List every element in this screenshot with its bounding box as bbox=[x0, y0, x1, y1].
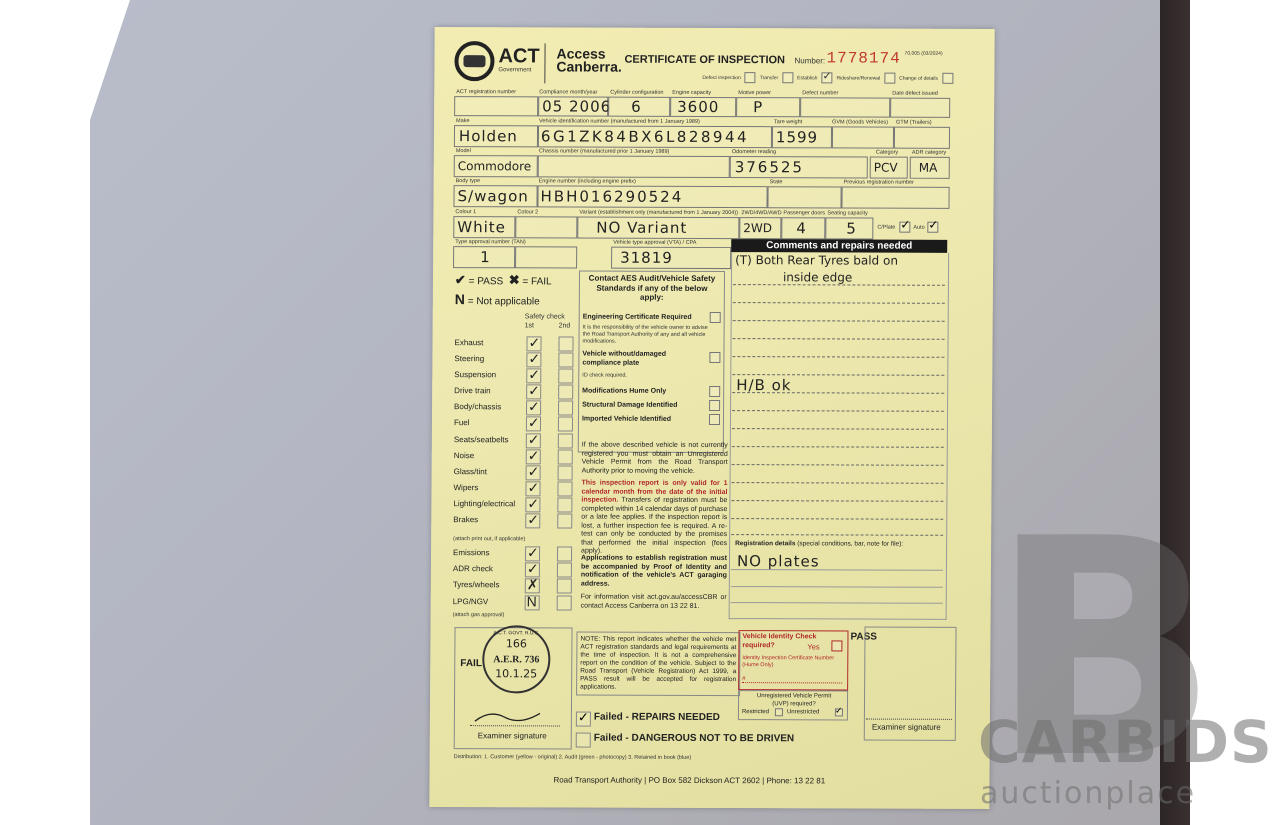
make-label: Make bbox=[456, 118, 469, 124]
act-logo: ACT bbox=[498, 45, 539, 68]
check-row-brakes: Brakes bbox=[453, 515, 478, 524]
registration-details-value: NO plates bbox=[737, 552, 820, 570]
gvm-field[interactable] bbox=[832, 126, 894, 148]
first-check-box[interactable]: ✓ bbox=[525, 562, 540, 577]
state-label: State bbox=[770, 179, 783, 185]
second-check-box[interactable] bbox=[558, 384, 573, 399]
distribution-note: Distribution: 1. Customer (yellow - orig… bbox=[454, 754, 692, 761]
imported-vehicle-checkbox[interactable] bbox=[709, 414, 720, 425]
modifications-hume-label: Modifications Hume Only bbox=[582, 388, 666, 395]
chassis-field[interactable] bbox=[538, 155, 730, 178]
auto-label: Auto bbox=[913, 225, 924, 231]
vin-label: Vehicle identification number (manufactu… bbox=[539, 118, 700, 125]
check-result-icon: ✓ bbox=[527, 513, 539, 526]
compliance-label: Compliance month/year bbox=[539, 89, 597, 95]
uvp-unrestricted-checkbox[interactable]: ✓ bbox=[835, 708, 843, 716]
examiner-signature-line[interactable] bbox=[470, 713, 560, 726]
category-label: Category bbox=[876, 150, 898, 156]
logo-divider bbox=[544, 43, 545, 83]
rideshare-renewal-checkbox[interactable] bbox=[884, 73, 895, 84]
vehicle-identity-yes-checkbox[interactable] bbox=[831, 640, 842, 651]
registration-details-label: Registration details (special conditions… bbox=[735, 540, 903, 548]
second-check-box[interactable] bbox=[558, 416, 573, 431]
first-check-box[interactable]: ✓ bbox=[526, 368, 541, 383]
first-check-box[interactable]: ✓ bbox=[526, 336, 541, 351]
check-row-adr-check: ADR check bbox=[453, 564, 493, 573]
establish-info: Applications to establish registration m… bbox=[581, 555, 727, 590]
model-label: Model bbox=[456, 148, 471, 154]
certificate-number: 1778174 bbox=[826, 49, 900, 67]
first-check-heading: 1st bbox=[525, 322, 534, 329]
check-result-icon: ✓ bbox=[527, 481, 539, 494]
aes-heading: Contact AES Audit/Vehicle Safety Standar… bbox=[580, 272, 724, 305]
auto-checkbox[interactable]: ✓ bbox=[927, 222, 938, 233]
check-row-emissions: Emissions bbox=[453, 548, 490, 557]
first-check-box[interactable]: ✓ bbox=[525, 497, 540, 512]
transfer-checkbox[interactable] bbox=[782, 72, 793, 83]
first-check-box[interactable]: ✓ bbox=[526, 400, 541, 415]
first-check-box[interactable]: ✓ bbox=[526, 465, 541, 480]
form-code: 70,005 (03/2024) bbox=[905, 51, 943, 57]
uvp-box: Unregistered Vehicle Permit (UVP) requir… bbox=[738, 690, 848, 720]
compliance-plate-checkbox[interactable] bbox=[709, 352, 720, 363]
fail-cross-icon: ✖ bbox=[509, 272, 520, 287]
second-check-box[interactable] bbox=[557, 513, 572, 528]
defect-number-field[interactable] bbox=[800, 97, 890, 117]
check-result-icon: ✓ bbox=[527, 546, 539, 559]
colour1-field[interactable]: White bbox=[453, 216, 515, 238]
second-check-box[interactable] bbox=[558, 352, 573, 367]
id-check-note: ID check required. bbox=[582, 373, 627, 379]
tare-label: Tare weight bbox=[774, 119, 802, 125]
second-check-box[interactable] bbox=[557, 595, 572, 610]
make-field[interactable]: Holden bbox=[454, 125, 538, 147]
tan-field-2[interactable] bbox=[515, 246, 577, 268]
gvm-label: GVM (Goods Vehicles) bbox=[832, 119, 888, 125]
model-field[interactable]: Commodore bbox=[454, 155, 538, 177]
comments-heading: Comments and repairs needed bbox=[731, 239, 947, 253]
tan-label: Type approval number (TAN) bbox=[455, 239, 526, 245]
lpg-note: (attach gas approval) bbox=[453, 612, 505, 618]
motive-power-field[interactable]: P bbox=[736, 97, 800, 117]
check-row-lighting-electrical: Lighting/electrical bbox=[453, 499, 515, 508]
first-check-box[interactable]: ✓ bbox=[526, 433, 541, 448]
second-check-box[interactable] bbox=[558, 449, 573, 464]
uvp-restricted-checkbox[interactable] bbox=[775, 708, 783, 716]
check-result-icon: ✓ bbox=[528, 384, 540, 397]
cplate-label: C/Plate bbox=[877, 225, 895, 231]
engine-capacity-field[interactable]: 3600 bbox=[670, 97, 736, 117]
first-check-box[interactable]: ✓ bbox=[525, 546, 540, 561]
seating-label: Seating capacity bbox=[827, 210, 867, 216]
cylinder-field[interactable]: 6 bbox=[608, 97, 670, 117]
fail-vertical-label: FAIL bbox=[460, 657, 470, 670]
engineering-certificate-label: Engineering Certificate Required bbox=[583, 314, 692, 321]
engineering-certificate-checkbox[interactable] bbox=[710, 312, 721, 323]
check-result-icon: ✓ bbox=[528, 449, 540, 462]
second-check-box[interactable] bbox=[558, 336, 573, 351]
second-check-box[interactable] bbox=[558, 465, 573, 480]
registration-label: ACT registration number bbox=[456, 89, 516, 95]
check-row-fuel: Fuel bbox=[454, 418, 470, 427]
engine-number-field[interactable]: HBH016290524 bbox=[537, 185, 767, 208]
colour2-label: Colour 2 bbox=[517, 209, 538, 215]
check-row-suspension: Suspension bbox=[454, 370, 496, 379]
na-legend: N = Not applicable bbox=[455, 291, 540, 307]
compliance-plate-label: Vehicle without/damaged compliance plate bbox=[582, 350, 702, 368]
second-check-box[interactable] bbox=[558, 368, 573, 383]
chassis-label: Chassis number (manufactured prior 1 Jan… bbox=[539, 148, 670, 154]
check-result-icon: ✗ bbox=[527, 578, 539, 591]
check-row-noise: Noise bbox=[454, 451, 475, 460]
check-result-icon: ✓ bbox=[528, 433, 540, 446]
number-label: Number: bbox=[794, 56, 825, 65]
second-check-box[interactable] bbox=[557, 578, 572, 593]
pass-vertical-label: PASS bbox=[850, 630, 860, 644]
defect-number-label: Defect number bbox=[802, 90, 838, 96]
pass-check-icon: ✔ bbox=[455, 272, 466, 287]
second-check-box[interactable] bbox=[557, 497, 572, 512]
check-result-icon: ✓ bbox=[528, 336, 540, 349]
note-text: NOTE: This report indicates whether the … bbox=[576, 632, 740, 697]
check-result-icon: ✓ bbox=[527, 562, 539, 575]
access-canberra-logo: Access Canberra. bbox=[556, 47, 622, 73]
colour2-field[interactable] bbox=[515, 216, 577, 238]
second-check-box[interactable] bbox=[557, 562, 572, 577]
aes-contact-box: Contact AES Audit/Vehicle Safety Standar… bbox=[578, 271, 725, 454]
doors-label: Passenger doors bbox=[783, 210, 825, 216]
check-row-drive-train: Drive train bbox=[454, 386, 491, 395]
first-check-box[interactable]: ✓ bbox=[525, 481, 540, 496]
check-result-icon: ✓ bbox=[527, 497, 539, 510]
odometer-label: Odometer reading bbox=[732, 149, 776, 155]
second-check-heading: 2nd bbox=[559, 322, 571, 329]
vta-label: Vehicle type approval (VTA) / CPA bbox=[613, 240, 696, 246]
act-government: Government bbox=[498, 67, 531, 73]
previous-registration-field[interactable] bbox=[841, 186, 949, 208]
odometer-field[interactable]: 376525 bbox=[730, 156, 868, 178]
date-defect-label: Date defect issued bbox=[892, 91, 938, 97]
establish-checkbox[interactable]: ✓ bbox=[821, 72, 832, 83]
variant-label: Variant (establishment only (manufacture… bbox=[579, 210, 738, 217]
inspection-certificate: ACT Government Access Canberra. CERTIFIC… bbox=[429, 27, 994, 809]
category-field[interactable]: PCV bbox=[870, 157, 908, 179]
engine-capacity-label: Engine capacity bbox=[672, 90, 711, 96]
tan-field[interactable]: 1 bbox=[453, 246, 515, 268]
check-result-icon: ✓ bbox=[528, 368, 540, 381]
failed-dangerous-checkbox[interactable] bbox=[576, 733, 591, 748]
vehicle-identity-check-box: Vehicle Identity Check required? Yes Ide… bbox=[738, 630, 848, 690]
check-row-body-chassis: Body/chassis bbox=[454, 402, 501, 411]
unregistered-info: If the above described vehicle is not cu… bbox=[582, 442, 728, 477]
first-check-box[interactable]: N bbox=[525, 595, 540, 610]
gtm-label: GTM (Trailers) bbox=[896, 120, 932, 126]
structural-damage-label: Structural Damage Identified bbox=[582, 402, 677, 409]
first-check-box[interactable]: ✗ bbox=[525, 578, 540, 593]
adr-category-field[interactable]: MA bbox=[910, 157, 950, 179]
failed-repairs-label: Failed - REPAIRS NEEDED bbox=[594, 712, 720, 723]
check-row-seats-seatbelts: Seats/seatbelts bbox=[454, 435, 509, 444]
examiner-signature-label-pass: Examiner signature bbox=[872, 723, 941, 732]
second-check-box[interactable] bbox=[557, 481, 572, 496]
check-result-icon: ✓ bbox=[528, 465, 540, 478]
more-info: For information visit act.gov.au/accessC… bbox=[581, 594, 727, 612]
second-check-box[interactable] bbox=[558, 400, 573, 415]
first-check-box[interactable]: ✓ bbox=[526, 449, 541, 464]
check-result-icon: ✓ bbox=[528, 416, 540, 429]
check-row-glass-tint: Glass/tint bbox=[454, 467, 487, 476]
check-row-lpg-ngv: LPG/NGV bbox=[453, 597, 489, 606]
act-coat-of-arms-icon bbox=[454, 41, 494, 81]
check-row-steering: Steering bbox=[454, 354, 484, 363]
doors-field[interactable]: 4 bbox=[781, 217, 825, 239]
failed-repairs-checkbox[interactable]: ✓ bbox=[576, 712, 591, 727]
structural-damage-checkbox[interactable] bbox=[709, 400, 720, 411]
imported-vehicle-label: Imported Vehicle Identified bbox=[582, 416, 671, 423]
second-check-box[interactable] bbox=[558, 433, 573, 448]
first-check-box[interactable]: ✓ bbox=[526, 416, 541, 431]
comment-line-2: inside edge bbox=[783, 270, 852, 284]
second-check-box[interactable] bbox=[557, 546, 572, 561]
check-row-tyres-wheels: Tyres/wheels bbox=[453, 580, 500, 589]
variant-field[interactable]: NO Variant bbox=[577, 217, 739, 240]
check-row-wipers: Wipers bbox=[453, 483, 478, 492]
compliance-field[interactable]: 05 2006 bbox=[538, 96, 608, 116]
first-check-box[interactable]: ✓ bbox=[526, 384, 541, 399]
certificate-title: CERTIFICATE OF INSPECTION bbox=[624, 54, 785, 67]
examiner-signature-label-fail: Examiner signature bbox=[478, 731, 547, 740]
motive-power-label: Motive power bbox=[738, 90, 771, 96]
safety-check-heading: Safety check bbox=[525, 313, 565, 320]
adr-category-label: ADR category bbox=[912, 150, 946, 156]
engineering-note: It is the responsibility of the vehicle … bbox=[583, 325, 709, 346]
state-field[interactable] bbox=[767, 186, 841, 208]
authority-footer: Road Transport Authority | PO Box 582 Di… bbox=[553, 775, 825, 785]
check-result-icon: ✓ bbox=[528, 352, 540, 365]
check-result-icon: ✓ bbox=[528, 400, 540, 413]
comment-line-1: (T) Both Rear Tyres bald on bbox=[735, 253, 898, 268]
tare-field[interactable]: 1599 bbox=[772, 126, 832, 148]
date-defect-field[interactable] bbox=[890, 98, 950, 118]
validity-info: This inspection report is only valid for… bbox=[581, 480, 728, 557]
carbids-brand-watermark: CARBIDS bbox=[978, 708, 1273, 776]
colour1-label: Colour 1 bbox=[455, 209, 476, 215]
engine-number-label: Engine number (including engine prefix) bbox=[539, 178, 636, 184]
previous-registration-label: Previous registration number bbox=[844, 179, 914, 185]
examiner-stamp: A.C.T. GOVT. R.U.S. 166 A.E.R. 736 10.1.… bbox=[482, 625, 550, 693]
inspection-type-options: Defect inspection Transfer Establish✓ Ri… bbox=[702, 72, 953, 84]
first-check-box[interactable]: ✓ bbox=[526, 352, 541, 367]
brakes-note: (attach print out, if applicable) bbox=[453, 536, 525, 542]
vin-field[interactable]: 6G1ZK84BX6L828944 bbox=[538, 125, 772, 148]
check-row-exhaust: Exhaust bbox=[454, 338, 483, 347]
gtm-field[interactable] bbox=[894, 127, 950, 149]
change-of-details-checkbox[interactable] bbox=[942, 73, 953, 84]
vta-field[interactable]: 31819 bbox=[611, 247, 731, 269]
modifications-hume-checkbox[interactable] bbox=[709, 386, 720, 397]
drive-field[interactable]: 2WD bbox=[739, 217, 781, 239]
body-type-label: Body type bbox=[456, 178, 481, 184]
body-type-field[interactable]: S/wagon bbox=[453, 185, 537, 207]
pass-legend: ✔ = PASS ✖ = FAIL bbox=[455, 272, 552, 288]
cplate-checkbox[interactable]: ✓ bbox=[899, 222, 910, 233]
check-result-icon: N bbox=[527, 595, 537, 608]
first-check-box[interactable]: ✓ bbox=[525, 513, 540, 528]
seating-field[interactable]: 5 bbox=[825, 217, 873, 239]
cylinder-label: Cylinder configuration bbox=[610, 90, 663, 96]
defect-inspection-checkbox[interactable] bbox=[745, 72, 756, 83]
registration-field[interactable] bbox=[454, 96, 538, 116]
auctionplace-watermark: auctionplace bbox=[980, 776, 1196, 811]
drive-label: 2WD/4WD/AWD bbox=[741, 210, 781, 216]
signature-scribble-icon bbox=[470, 709, 560, 723]
failed-dangerous-label: Failed - DANGEROUS NOT TO BE DRIVEN bbox=[594, 733, 794, 745]
